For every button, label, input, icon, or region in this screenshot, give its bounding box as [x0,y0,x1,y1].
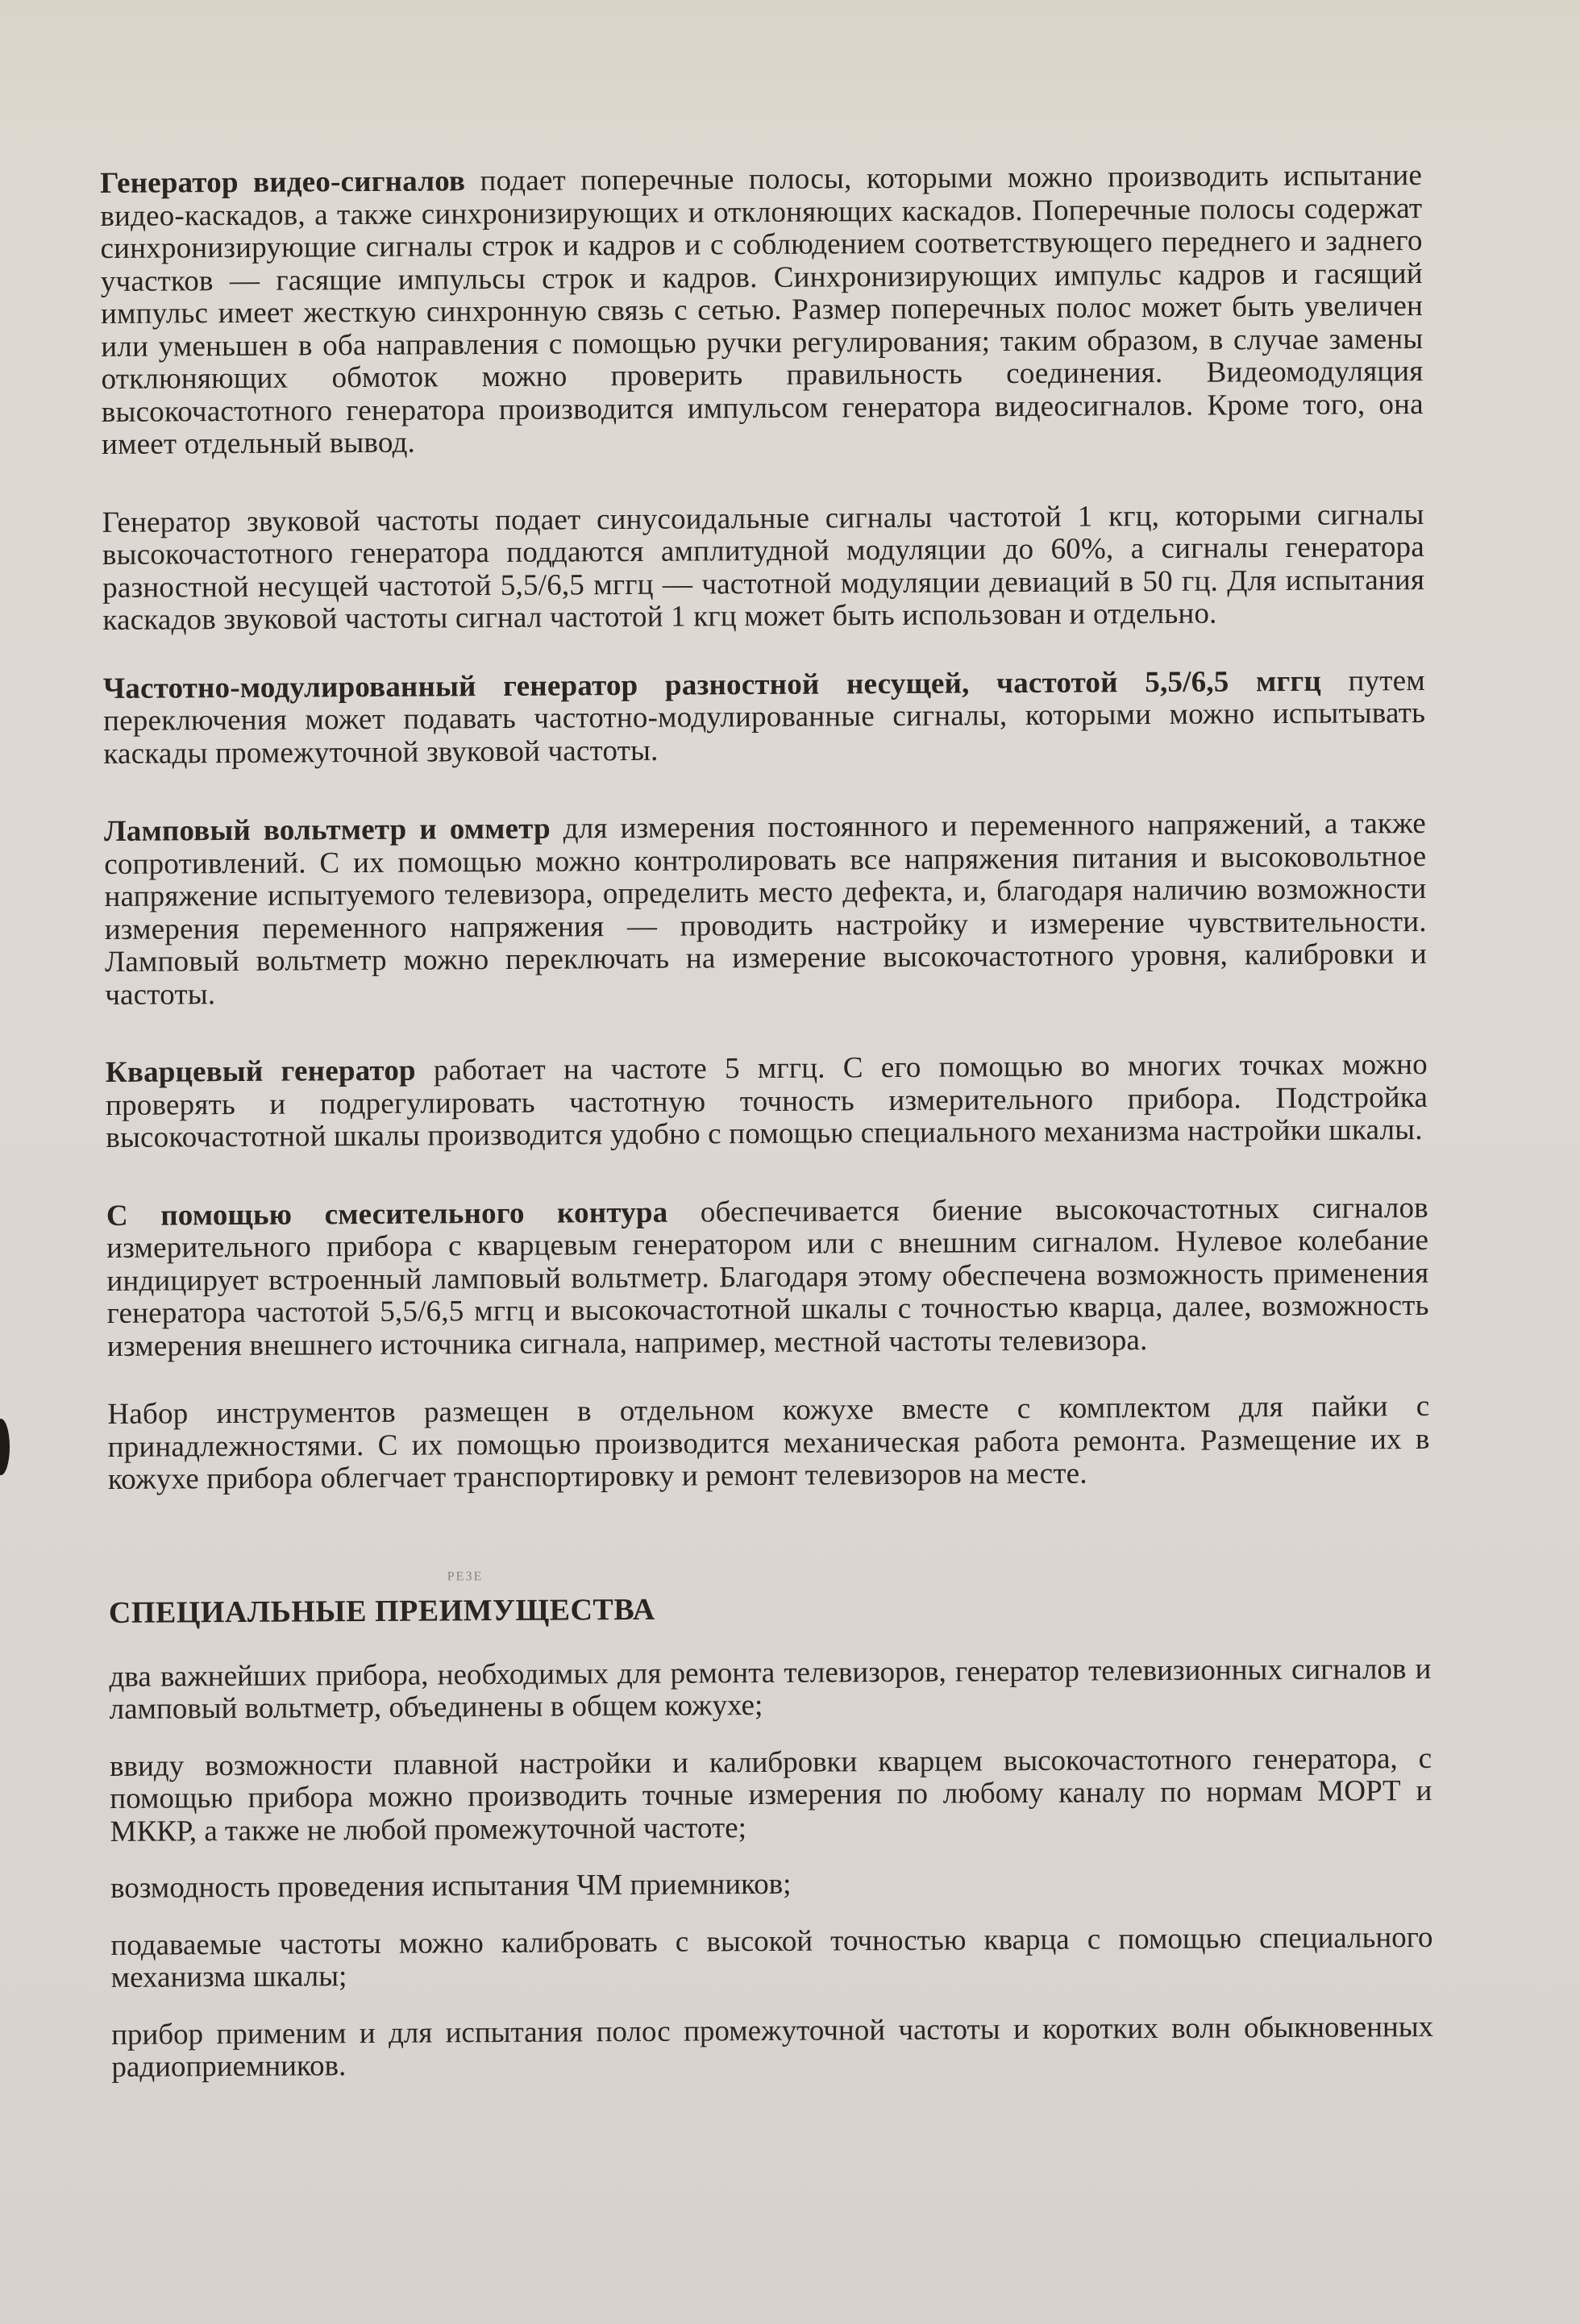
term-mixer-circuit: С помощью смесительного контура [106,1195,668,1232]
term-crystal-generator: Кварцевый генератор [106,1054,416,1089]
paragraph-text: Набор инструментов размещен в отдельном … [107,1390,1429,1496]
paragraph-fm-generator: Частотно-модулированный генератор разнос… [103,664,1426,771]
advantage-item: прибор применим и для испытания полос пр… [111,2010,1433,2084]
advantage-item: ввиду возможности плавной настройки и ка… [110,1742,1432,1848]
punch-hole [0,1419,10,1475]
term-video-generator: Генератор видео-сигналов [100,164,465,200]
document-page: Генератор видео-сигналов подает поперечн… [0,0,1580,2324]
paragraph-tool-kit: Набор инструментов размещен в отдельном … [107,1391,1430,1497]
document-body: Генератор видео-сигналов подает поперечн… [100,160,1433,2084]
paragraph-text: Генератор звуковой частоты подает синусо… [102,497,1425,637]
paragraph-audio-generator: Генератор звуковой частоты подает синусо… [102,498,1425,637]
paragraph-text: подает поперечные полосы, которыми можно… [100,159,1424,461]
paragraph-video-generator: Генератор видео-сигналов подает поперечн… [100,160,1424,462]
advantage-item: два важнейших прибора, необходимых для р… [109,1653,1431,1726]
paragraph-mixer-circuit: С помощью смесительного контура обеспечи… [106,1191,1429,1363]
advantage-item: подаваемые частоты можно калибровать с в… [110,1921,1432,1994]
paragraph-crystal-generator: Кварцевый генератор работает на частоте … [106,1049,1428,1155]
paragraph-tube-voltmeter: Ламповый вольтметр и омметр для измерени… [104,808,1427,1012]
term-tube-voltmeter: Ламповый вольтметр и омметр [104,813,551,848]
